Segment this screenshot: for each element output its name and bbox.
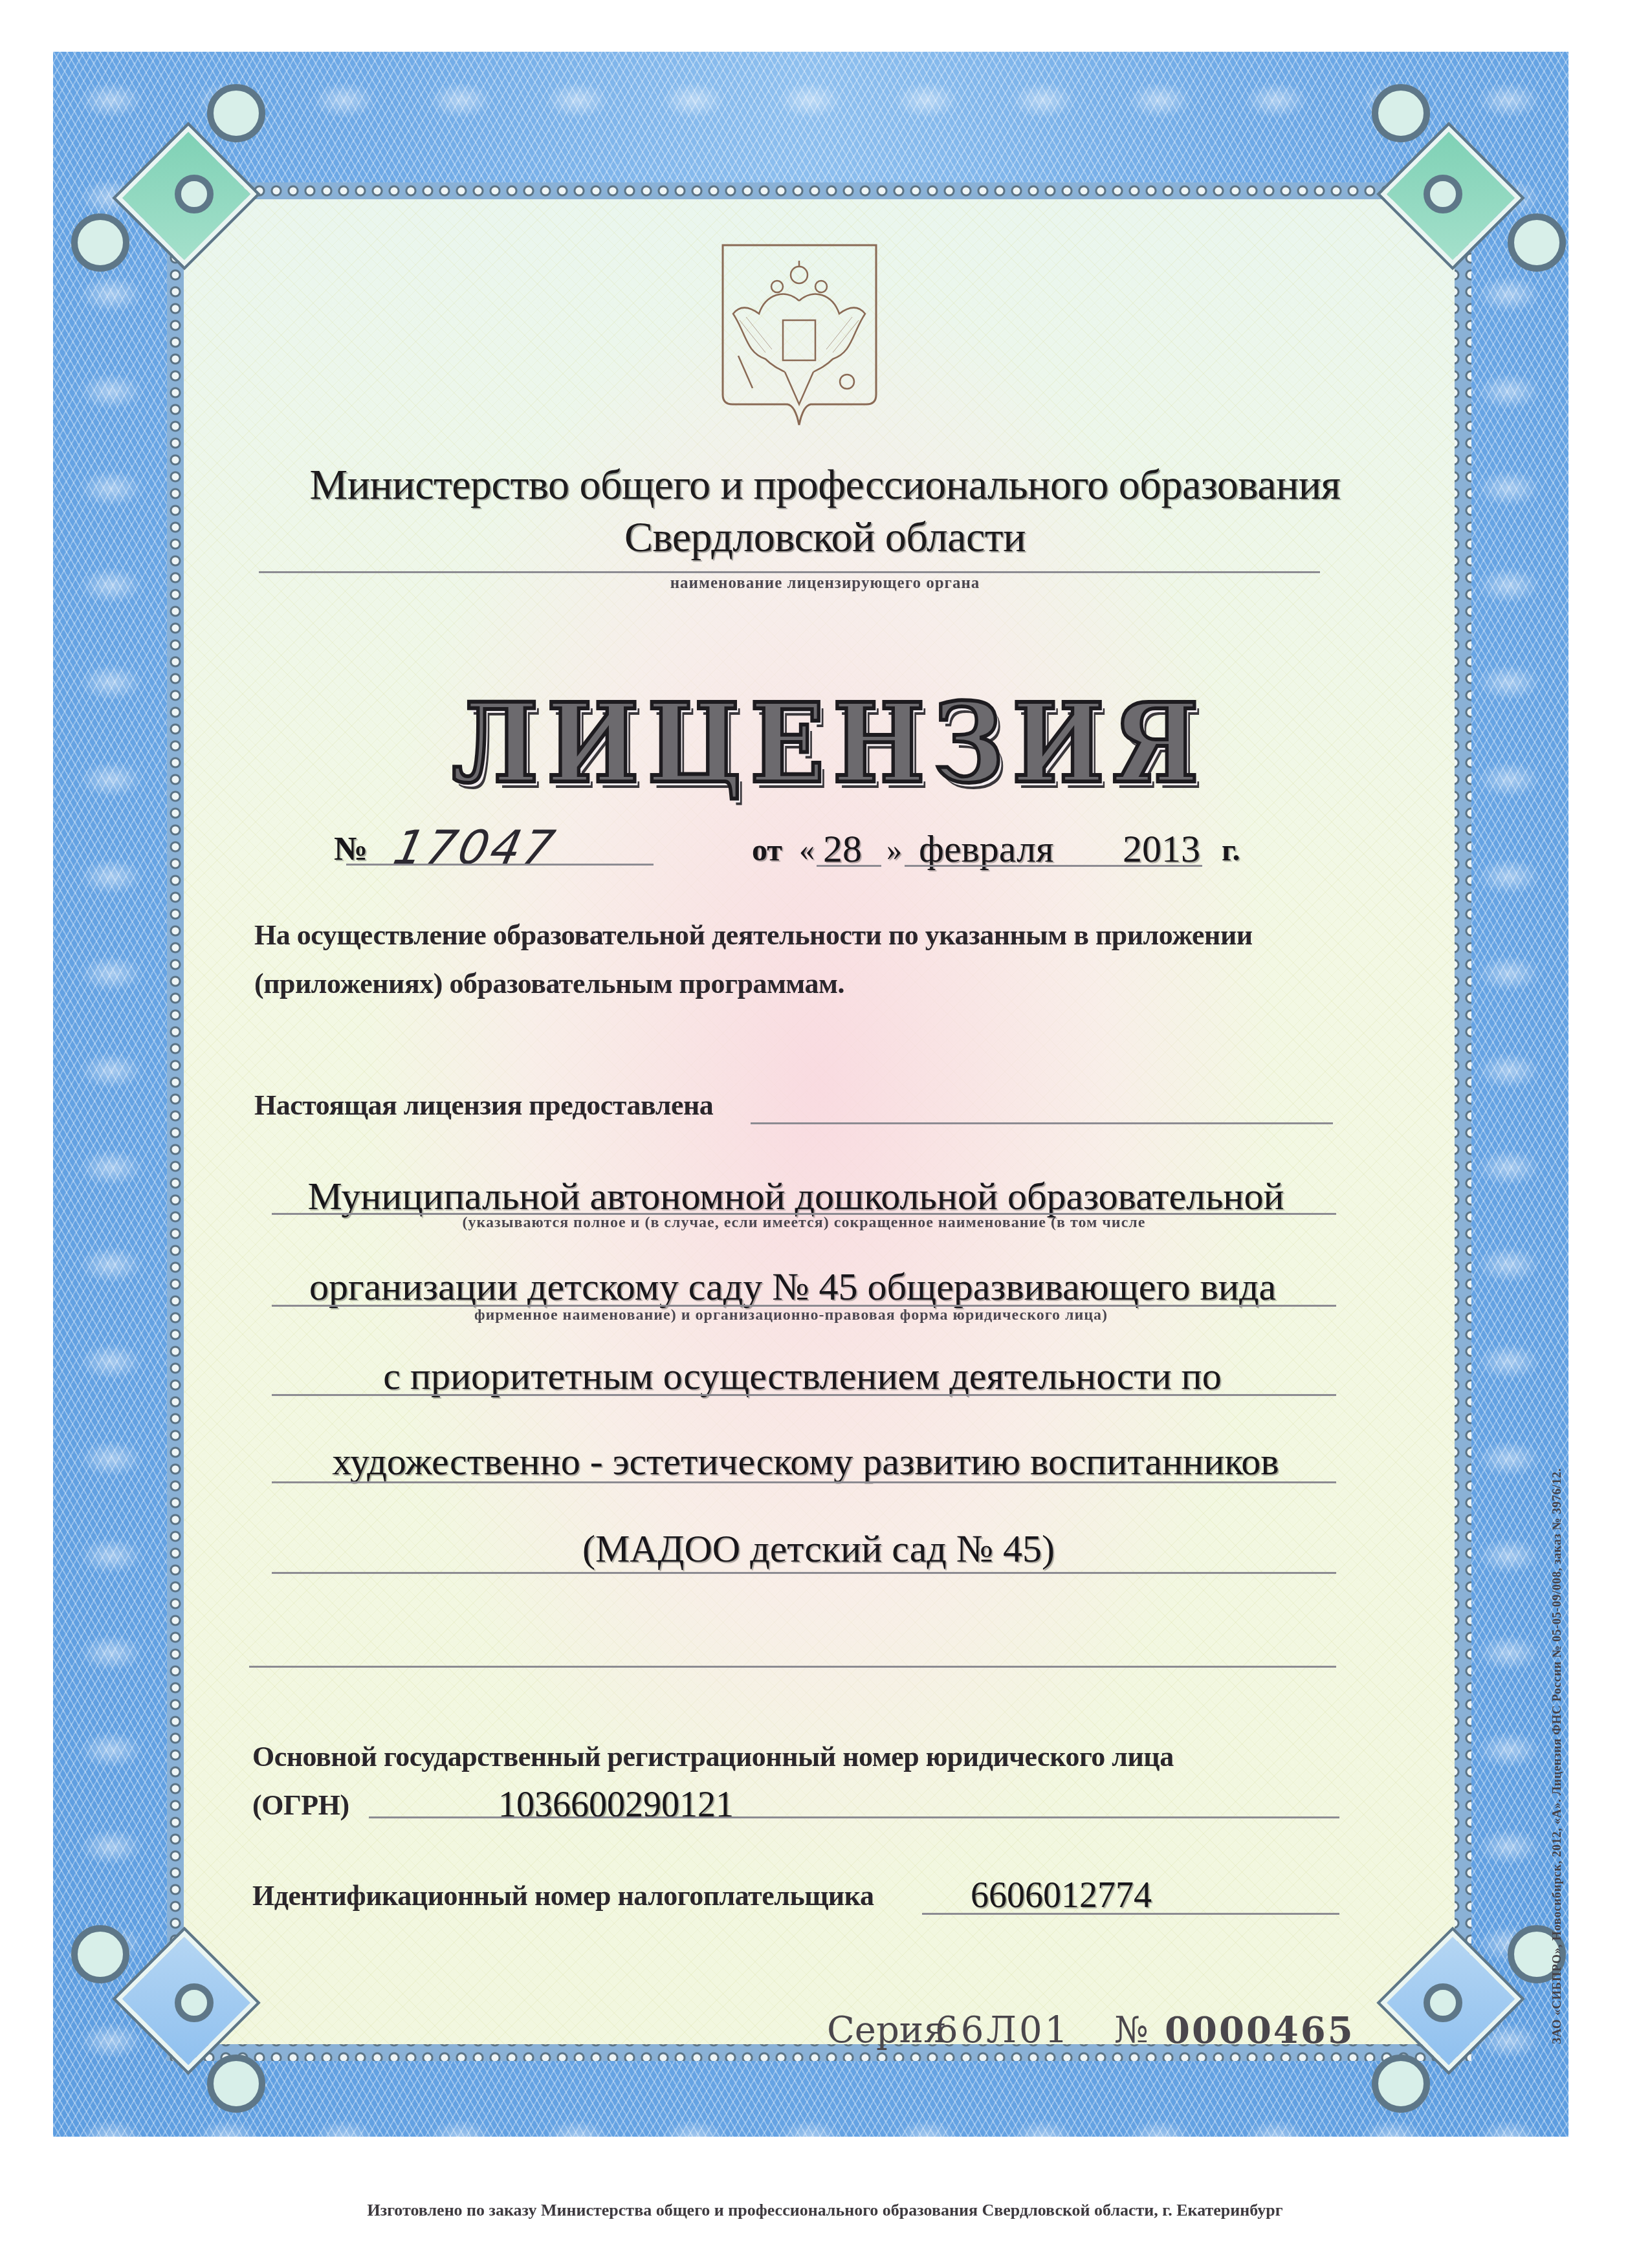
date-quote-open: « (799, 833, 815, 868)
issuer-underline (259, 571, 1320, 573)
date-prefix: от (752, 833, 782, 868)
corner-ornament-icon (1359, 39, 1592, 272)
licensee-caption-2: фирменное наименование) и организационно… (259, 1307, 1323, 1324)
licensee-caption-1: (указываются полное и (в случае, если им… (272, 1214, 1336, 1232)
inn-underline (922, 1913, 1339, 1915)
footer-imprint: Изготовлено по заказу Министерства общег… (0, 2201, 1650, 2220)
printer-imprint: ЗАО «СИБПРО», Новосибирск, 2012, «А». Ли… (1550, 1468, 1565, 2044)
licensee-name-line-2: организации детскому саду № 45 общеразви… (0, 1265, 1618, 1309)
granted-to-label: Настоящая лицензия предоставлена (254, 1089, 713, 1122)
number-underline (346, 864, 654, 866)
licensee-name-line-3: с приоритетным осуществлением деятельнос… (0, 1354, 1627, 1399)
month-year-underline (905, 865, 1202, 867)
license-number: 17047 (389, 820, 562, 875)
issuer-caption: наименование лицензирующего органа (0, 574, 1650, 593)
inn-value: 6606012774 (971, 1875, 1152, 1916)
form-series-label: Серия (827, 2009, 947, 2051)
inn-label: Идентификационный номер налогоплательщик… (252, 1879, 874, 1912)
number-label: № (334, 830, 368, 868)
issuer-line-2: Свердловской области (0, 513, 1650, 562)
year-suffix: г. (1222, 833, 1240, 868)
corner-ornament-icon (45, 1925, 278, 2158)
granted-to-underline (751, 1122, 1333, 1124)
ogrn-value: 1036600290121 (498, 1784, 734, 1826)
form-series-value: 66Л01 (935, 2009, 1070, 2051)
ogrn-underline (369, 1816, 1339, 1818)
form-number-label: № (1114, 2009, 1149, 2051)
licensee-short-name: (МАДОО детский сад № 45) (0, 1527, 1644, 1571)
date-quote-close: » (886, 833, 902, 868)
name-line-5-underline (272, 1572, 1336, 1574)
purpose-line-1: На осуществление образовательной деятель… (254, 919, 1253, 952)
purpose-line-2: (приложениях) образовательным программам… (254, 967, 844, 1000)
ogrn-label-line-1: Основной государственный регистрационный… (252, 1740, 1174, 1773)
corner-ornament-icon (45, 39, 278, 272)
licensee-name-line-4: художественно - эстетическому развитию в… (0, 1439, 1631, 1484)
day-underline (817, 865, 881, 867)
name-line-3-underline (272, 1394, 1336, 1396)
form-number-value: 0000465 (1165, 2009, 1355, 2052)
name-line-4-underline (272, 1481, 1336, 1483)
issuer-line-1: Министерство общего и профессионального … (0, 461, 1650, 510)
document-title: ЛИЦЕНЗИЯ (452, 679, 1134, 807)
name-line-6-underline (249, 1666, 1336, 1668)
ogrn-label-line-2: (ОГРН) (252, 1789, 349, 1822)
licensee-name-line-1: Муниципальной автономной дошкольной обра… (0, 1174, 1621, 1219)
russian-coat-of-arms-icon (720, 243, 879, 427)
